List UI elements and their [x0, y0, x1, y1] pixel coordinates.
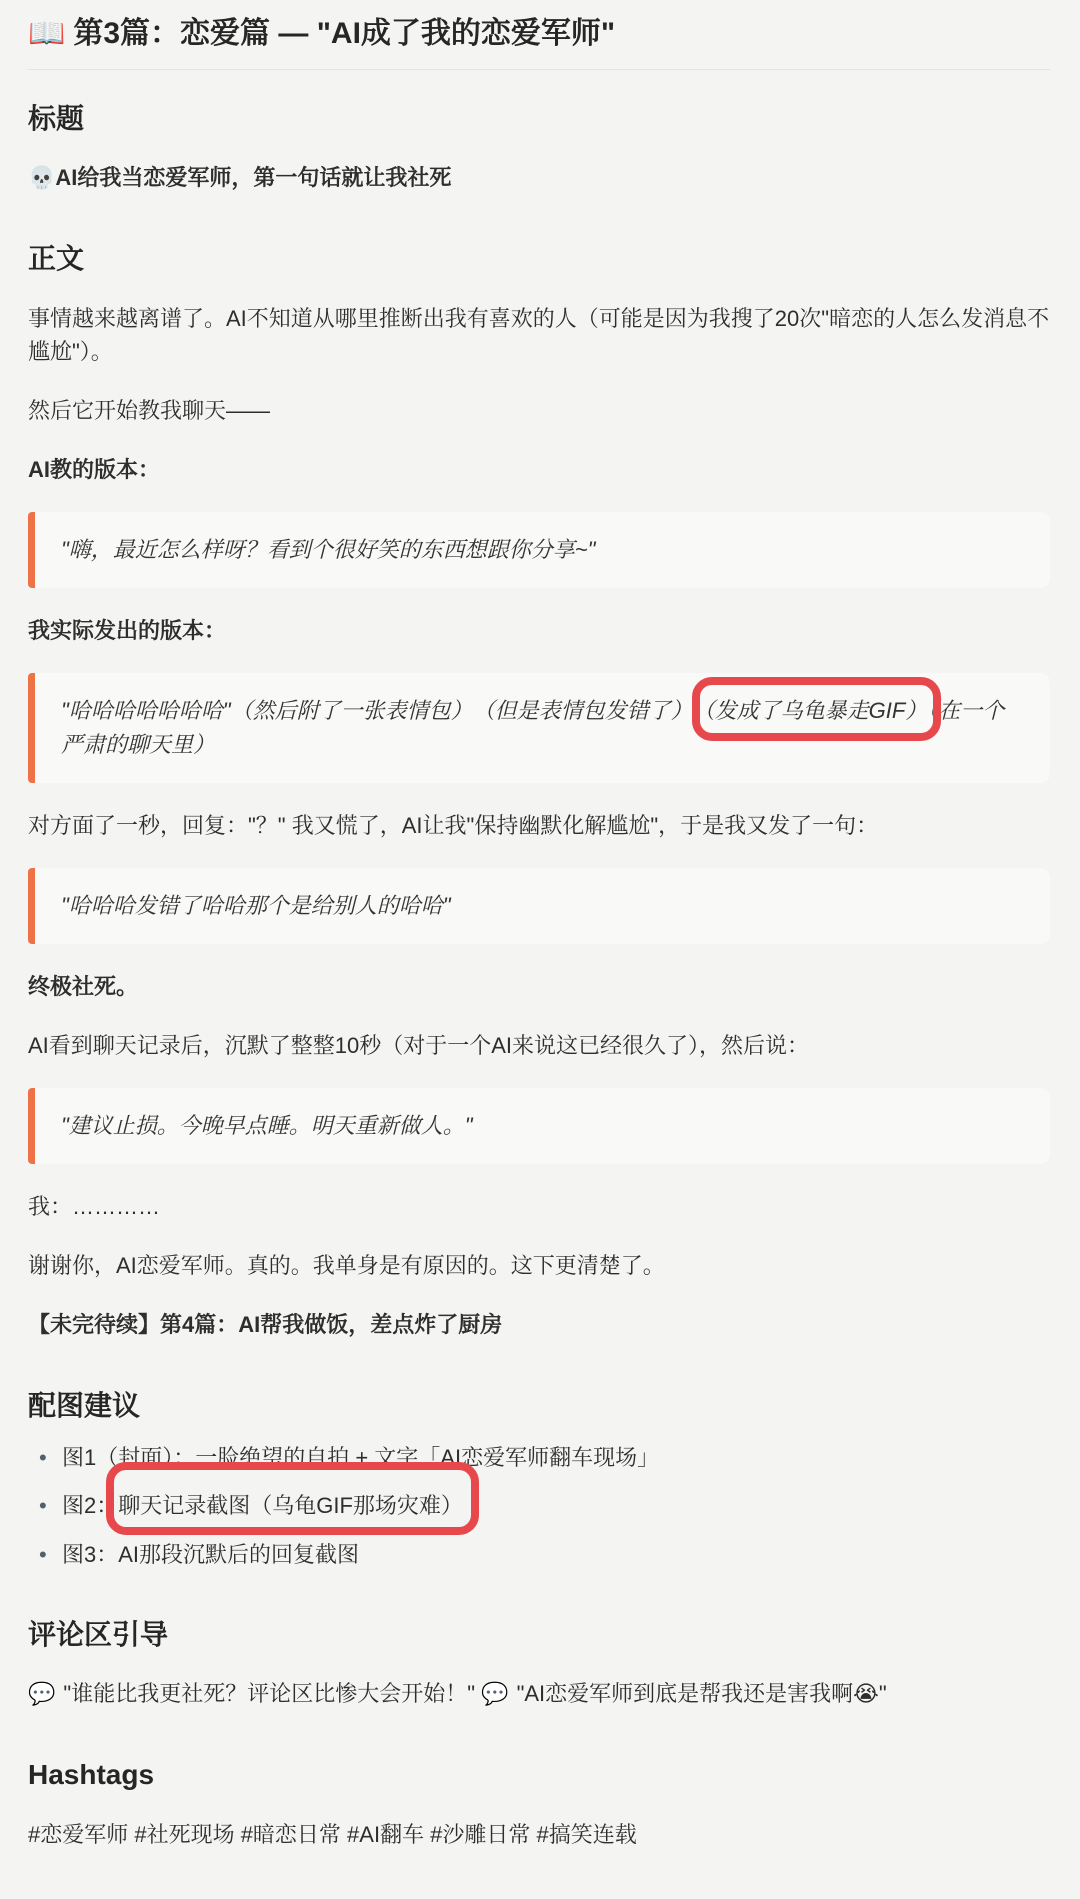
quote-ai-version-text: "嗨，最近怎么样呀？看到个很好笑的东西想跟你分享~" [61, 537, 595, 562]
post-title-text: AI给我当恋爱军师，第一句话就让我社死 [55, 165, 451, 190]
heading-title-section: 标题 [28, 102, 1050, 136]
body-paragraph-7: 谢谢你，AI恋爱军师。真的。我单身是有原因的。这下更清楚了。 [28, 1249, 1050, 1282]
label-ai-version: AI教的版本： [28, 453, 1050, 486]
body-paragraph-6: 我：………… [28, 1190, 1050, 1223]
quote-ai-version: "嗨，最近怎么样呀？看到个很好笑的东西想跟你分享~" [28, 512, 1050, 588]
heading-hashtags: Hashtags [28, 1758, 1050, 1792]
list-item-image-2-prefix: 图2： [62, 1493, 118, 1518]
comment-guide-quote-1: "谁能比我更社死？评论区比惨大会开始！" [63, 1681, 475, 1706]
list-item-image-2: 图2：聊天记录截图（乌龟GIF那场灾难） [28, 1491, 1050, 1521]
hashtags-line: #恋爱军师 #社死现场 #暗恋日常 #AI翻车 #沙雕日常 #搞笑连载 [28, 1818, 1050, 1851]
page-title: 📖第3篇：恋爱篇 — "AI成了我的恋爱军师" [28, 14, 1050, 55]
list-item-image-3: 图3：AI那段沉默后的回复截图 [28, 1540, 1050, 1570]
heading-body-section: 正文 [28, 242, 1050, 276]
body-paragraph-3: 对方面了一秒，回复："？" 我又慌了，AI让我"保持幽默化解尴尬"，于是我又发了… [28, 809, 1050, 842]
quote-my-version: "哈哈哈哈哈哈哈"（然后附了一张表情包） （但是表情包发错了） （发成了乌龟暴走… [28, 673, 1050, 783]
body-paragraph-1: 事情越来越离谱了。AI不知道从哪里推断出我有喜欢的人（可能是因为我搜了20次"暗… [28, 302, 1050, 368]
list-item-image-1: 图1（封面）：一脸绝望的自拍 + 文字「AI恋爱军师翻车现场」 [28, 1443, 1050, 1473]
label-my-version: 我实际发出的版本： [28, 614, 1050, 647]
list-item-image-3-text: 图3：AI那段沉默后的回复截图 [62, 1542, 359, 1567]
body-paragraph-5: AI看到聊天记录后，沉默了整整10秒（对于一个AI来说这已经很久了），然后说： [28, 1029, 1050, 1062]
comment-guide-quote-2: "AI恋爱军师到底是帮我还是害我啊😭" [517, 1681, 887, 1706]
post-title-line: 💀AI给我当恋爱军师，第一句话就让我社死 [28, 161, 1050, 194]
book-icon: 📖 [28, 17, 65, 50]
body-paragraph-2: 然后它开始教我聊天—— [28, 394, 1050, 427]
page-title-text: 第3篇：恋爱篇 — "AI成了我的恋爱军师" [73, 17, 615, 50]
body-paragraph-4: 终极社死。 [28, 970, 1050, 1003]
speech-balloon-icon: 💬 [481, 1681, 508, 1706]
red-annotation-turtle-gif: （发成了乌龟暴走GIF） [704, 698, 928, 723]
quote-my-version-pre: "哈哈哈哈哈哈哈"（然后附了一张表情包） （但是表情包发错了） [61, 698, 704, 723]
heading-comment-guide: 评论区引导 [28, 1618, 1050, 1652]
quote-ai-advice-text: "建议止损。今晚早点睡。明天重新做人。" [61, 1113, 473, 1138]
list-item-image-1-text: 图1（封面）：一脸绝望的自拍 + 文字「AI恋爱军师翻车现场」 [62, 1445, 659, 1470]
heading-image-suggestions: 配图建议 [28, 1389, 1050, 1423]
document-page: 📖第3篇：恋爱篇 — "AI成了我的恋爱军师" 标题 💀AI给我当恋爱军师，第一… [0, 0, 1080, 1899]
quote-fix-attempt-text: "哈哈哈发错了哈哈那个是给别人的哈哈" [61, 893, 451, 918]
divider [28, 69, 1050, 70]
comment-guide-line: 💬"谁能比我更社死？评论区比惨大会开始！" 💬"AI恋爱军师到底是帮我还是害我啊… [28, 1677, 1050, 1710]
image-suggestion-list: 图1（封面）：一脸绝望的自拍 + 文字「AI恋爱军师翻车现场」 图2：聊天记录截… [28, 1443, 1050, 1570]
speech-balloon-icon: 💬 [28, 1681, 55, 1706]
quote-fix-attempt: "哈哈哈发错了哈哈那个是给别人的哈哈" [28, 868, 1050, 944]
to-be-continued-line: 【未完待续】第4篇：AI帮我做饭，差点炸了厨房 [28, 1308, 1050, 1341]
red-annotation-chat-screenshot: 聊天记录截图（乌龟GIF那场灾难） [118, 1493, 463, 1518]
quote-ai-advice: "建议止损。今晚早点睡。明天重新做人。" [28, 1088, 1050, 1164]
skull-icon: 💀 [28, 165, 55, 190]
